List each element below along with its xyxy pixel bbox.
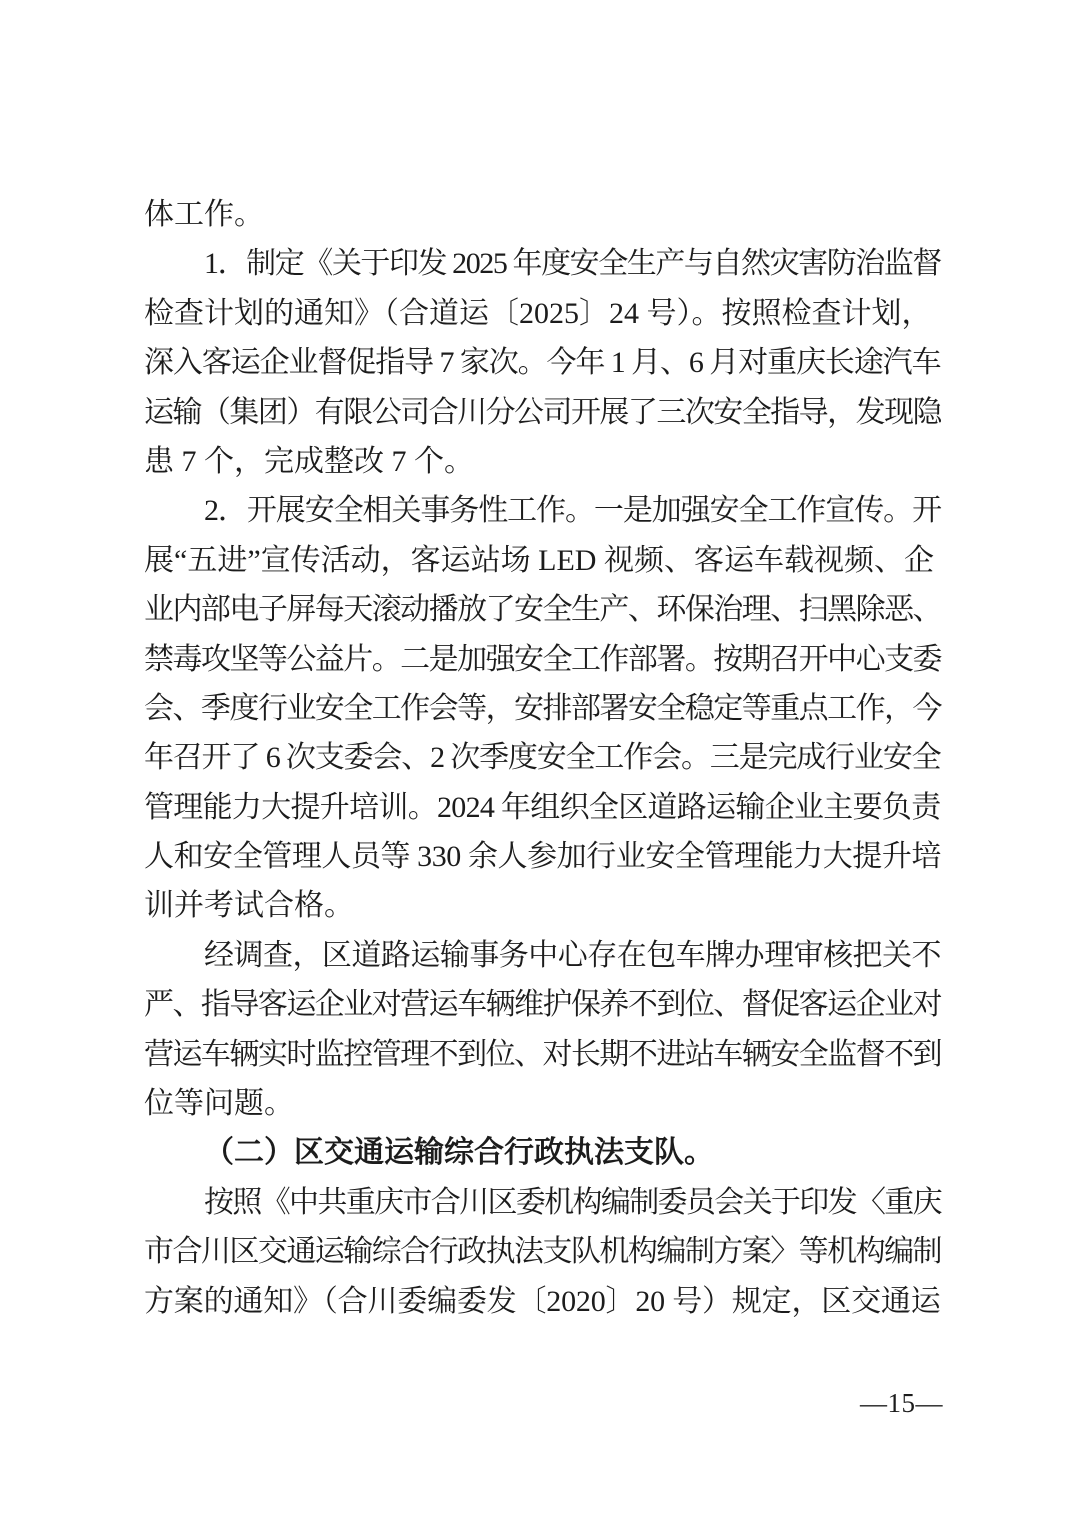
section-heading: （二）区交通运输综合行政执法支队。: [144, 1128, 941, 1177]
text-line: 管理能力大提升培训。2024 年组织全区道路运输企业主要负责: [144, 783, 941, 832]
text-line: 禁毒攻坚等公益片。二是加强安全工作部署。按期召开中心支委: [144, 635, 941, 684]
text-line: 方案的通知》（合川委编委发〔2020〕20 号）规定，区交通运: [144, 1277, 941, 1326]
text-line: 营运车辆实时监控管理不到位、对长期不进站车辆安全监督不到: [144, 1030, 941, 1079]
page-number: —15—: [860, 1388, 943, 1418]
text-line: 运输（集团）有限公司合川分公司开展了三次安全指导，发现隐: [144, 388, 941, 437]
text-line: 展“五进”宣传活动，客运站场 LED 视频、客运车载视频、企: [144, 536, 941, 585]
text-line: 人和安全管理人员等 330 余人参加行业安全管理能力大提升培: [144, 832, 941, 881]
text-line: 业内部电子屏每天滚动播放了安全生产、环保治理、扫黑除恶、: [144, 585, 941, 634]
text-line: 严、指导客运企业对营运车辆维护保养不到位、督促客运企业对: [144, 980, 941, 1029]
text-line: 2．开展安全相关事务性工作。一是加强安全工作宣传。开: [144, 486, 941, 535]
text-line: 训并考试合格。: [144, 881, 941, 930]
text-line: 位等问题。: [144, 1079, 941, 1128]
text-line: 会、季度行业安全工作会等，安排部署安全稳定等重点工作，今: [144, 684, 941, 733]
text-line: 市合川区交通运输综合行政执法支队机构编制方案〉等机构编制: [144, 1227, 941, 1276]
text-line: 体工作。: [144, 190, 941, 239]
document-page: 体工作。1．制定《关于印发 2025 年度安全生产与自然灾害防治监督检查计划的通…: [0, 0, 1074, 1520]
text-line: 深入客运企业督促指导 7 家次。今年 1 月、6 月对重庆长途汽车: [144, 338, 941, 387]
text-line: 1．制定《关于印发 2025 年度安全生产与自然灾害防治监督: [144, 239, 941, 288]
document-body: 体工作。1．制定《关于印发 2025 年度安全生产与自然灾害防治监督检查计划的通…: [144, 190, 941, 1326]
text-line: 经调查，区道路运输事务中心存在包车牌办理审核把关不: [144, 931, 941, 980]
text-line: 检查计划的通知》（合道运〔2025〕24 号）。按照检查计划，: [144, 289, 941, 338]
text-line: 按照《中共重庆市合川区委机构编制委员会关于印发〈重庆: [144, 1178, 941, 1227]
text-line: 年召开了 6 次支委会、2 次季度安全工作会。三是完成行业安全: [144, 733, 941, 782]
text-line: 患 7 个，完成整改 7 个。: [144, 437, 941, 486]
